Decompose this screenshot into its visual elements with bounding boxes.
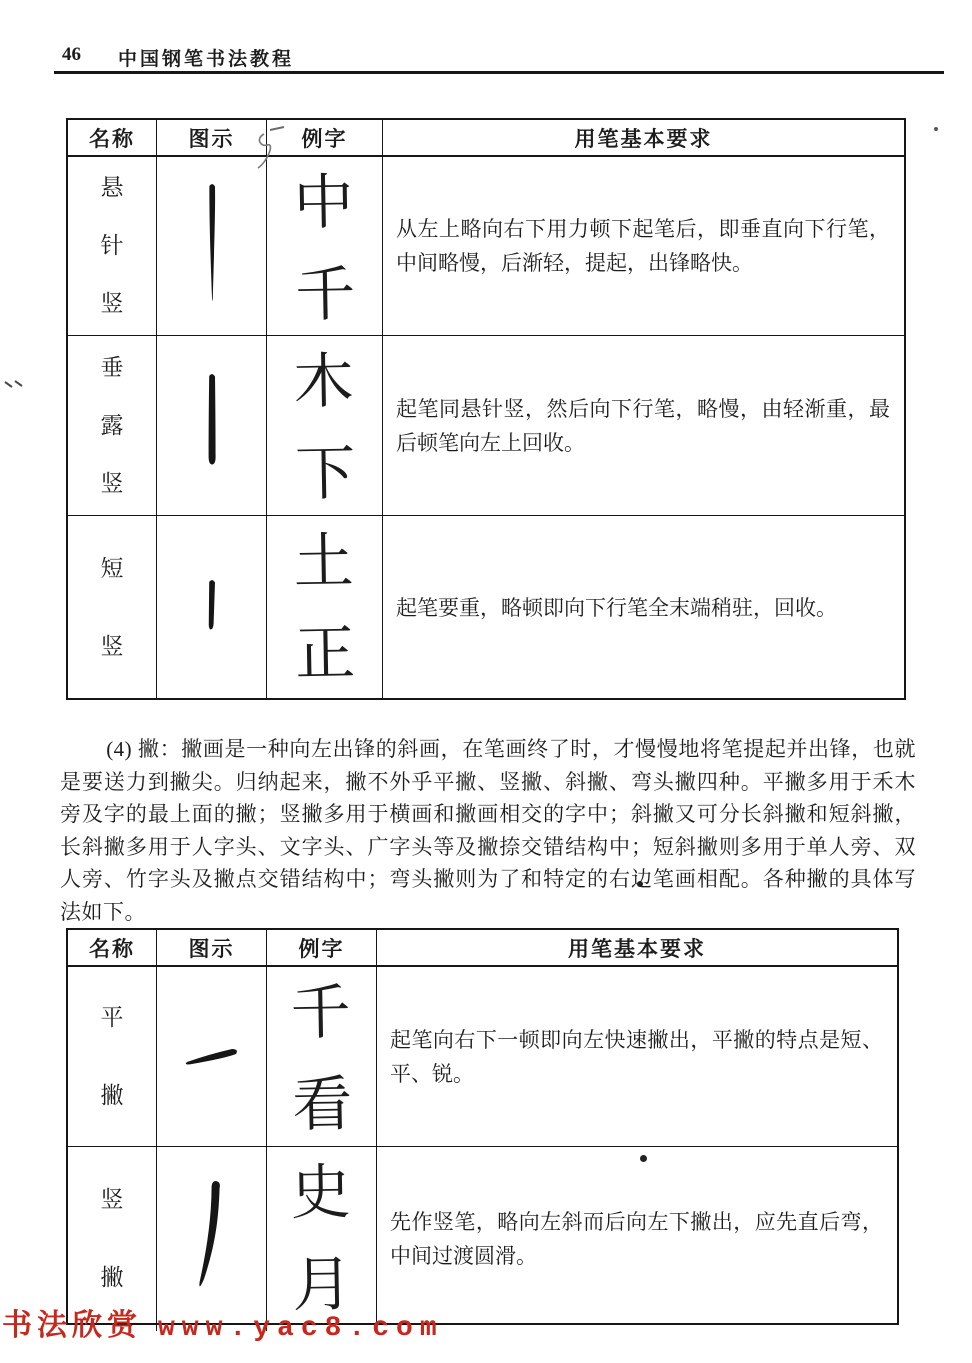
table1-header-name: 名称 <box>68 120 157 157</box>
table2-header-illustration: 图示 <box>157 930 267 967</box>
scan-speck-artifact <box>640 1155 647 1162</box>
body-paragraph: (4) 撇：撇画是一种向左出锋的斜画，在笔画终了时，才慢慢地将笔提起并出锋，也就… <box>60 733 916 928</box>
table2-header-name: 名称 <box>68 930 157 967</box>
margin-tick-marks-artifact <box>2 378 26 394</box>
table-row-requirement: 起笔向右下一顿即向左快速撇出，平撇的特点是短、平、锐。 <box>377 967 897 1147</box>
header-rule <box>54 71 944 74</box>
pie-strokes-table: 名称 图示 例字 用笔基本要求 平撇 千看 起笔向右下一顿即向左快速撇出，平撇的… <box>66 928 899 1325</box>
table-row-illustration <box>157 967 267 1147</box>
table-row-examples: 中千 <box>267 157 383 336</box>
table-row-name: 短竖 <box>68 516 157 700</box>
table-row-name: 垂露竖 <box>68 336 157 516</box>
suspended-needle-vertical-stroke-icon <box>182 176 242 316</box>
table-row-requirement: 起笔同悬针竖，然后向下行笔，略慢，由轻渐重，最后顿笔向左上回收。 <box>383 336 904 516</box>
table-row-requirement: 先作竖笔，略向左斜而后向左下撇出，应先直后弯，中间过渡圆滑。 <box>377 1147 897 1331</box>
table2-header-examples: 例字 <box>267 930 377 967</box>
table-row-illustration <box>157 516 267 700</box>
table1-header-requirements: 用笔基本要求 <box>383 120 904 157</box>
table2-header-requirements: 用笔基本要求 <box>377 930 897 967</box>
dew-drop-vertical-stroke-icon <box>182 366 242 486</box>
flat-pie-stroke-icon <box>177 1042 247 1072</box>
table-row-name: 悬针竖 <box>68 157 157 336</box>
scanned-book-page: 46 中国钢笔书法教程 名称 图示 例字 用笔基本要求 悬针竖 中千 <box>0 0 972 1363</box>
book-title: 中国钢笔书法教程 <box>118 44 294 71</box>
scan-speck-artifact <box>934 127 938 131</box>
table-row-illustration <box>157 157 267 336</box>
table-row-requirement: 起笔要重，略顿即向下行笔全末端稍驻，回收。 <box>383 516 904 700</box>
table-row-examples: 土正 <box>267 516 383 700</box>
table-row-examples: 千看 <box>267 967 377 1147</box>
vertical-strokes-table: 名称 图示 例字 用笔基本要求 悬针竖 中千 从左上略向右下用力顿下起笔后，即垂… <box>66 118 906 700</box>
watermark-url-text: www.yac8.com <box>158 1313 444 1344</box>
table-row-requirement: 从左上略向右下用力顿下起笔后，即垂直向下行笔，中间略慢，后渐轻，提起，出锋略快。 <box>383 157 904 336</box>
pencil-scribble-artifact <box>240 122 290 174</box>
scan-speck-artifact <box>637 881 643 887</box>
page-number: 46 <box>62 44 81 66</box>
table-row-examples: 木下 <box>267 336 383 516</box>
watermark-cjk-text: 书法欣赏 <box>2 1309 142 1342</box>
vertical-pie-stroke-icon <box>177 1174 247 1304</box>
table-row-illustration <box>157 336 267 516</box>
table-row-name: 平撇 <box>68 967 157 1147</box>
site-watermark: 书法欣赏www.yac8.com <box>2 1300 444 1344</box>
short-vertical-stroke-icon <box>192 573 232 643</box>
